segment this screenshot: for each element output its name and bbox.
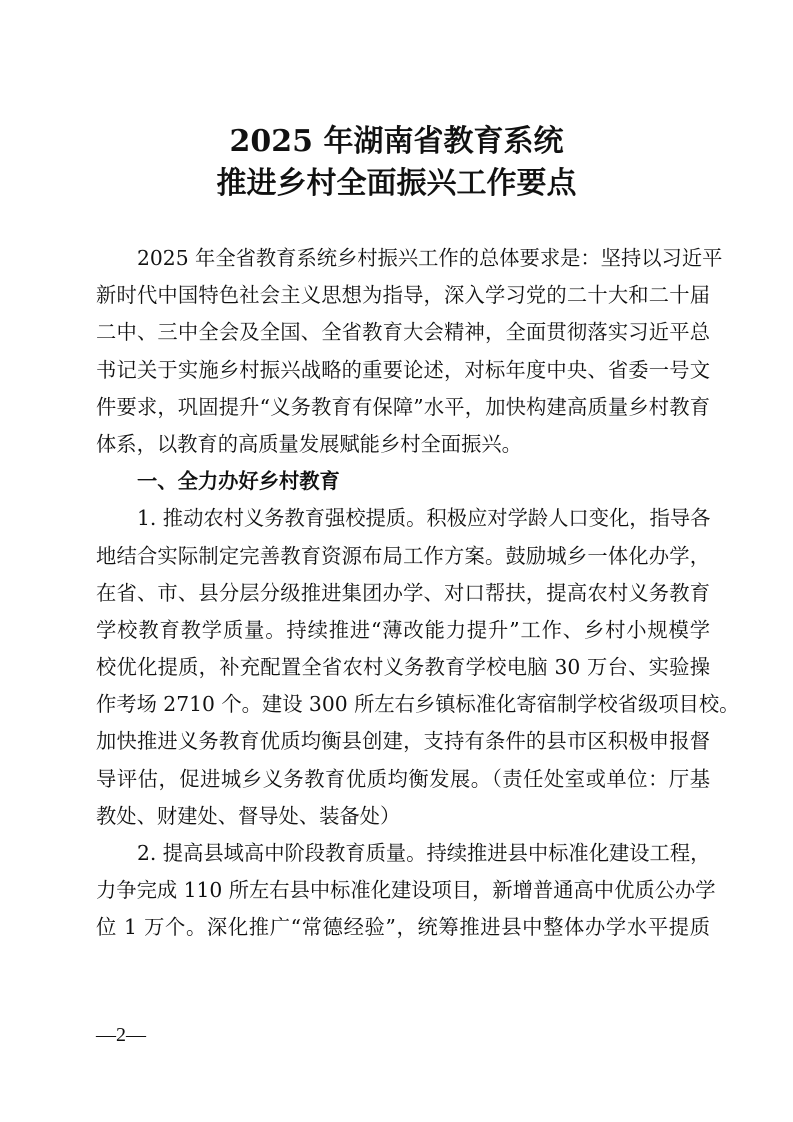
document-title-line-1: 2025 年湖南省教育系统	[0, 116, 793, 160]
intro-line: 2025 年全省教育系统乡村振兴工作的总体要求是：坚持以习近平	[96, 240, 710, 277]
page-number: —2—	[96, 1024, 146, 1047]
intro-line: 二中、三中全会及全国、全省教育大会精神，全面贯彻落实习近平总	[96, 314, 710, 351]
item1-line: 地结合实际制定完善教育资源布局工作方案。鼓励城乡一体化办学，	[96, 538, 710, 575]
document-title-line-2: 推进乡村全面振兴工作要点	[0, 158, 793, 202]
document-body: 2025 年全省教育系统乡村振兴工作的总体要求是：坚持以习近平 新时代中国特色社…	[96, 240, 710, 947]
item2-line: 2. 提高县域高中阶段教育质量。持续推进县中标准化建设工程，	[96, 835, 710, 872]
document-page: 2025 年湖南省教育系统 推进乡村全面振兴工作要点 2025 年全省教育系统乡…	[0, 0, 793, 1122]
intro-line: 件要求，巩固提升“义务教育有保障”水平，加快构建高质量乡村教育	[96, 389, 710, 426]
item1-line: 1. 推动农村义务教育强校提质。积极应对学龄人口变化，指导各	[96, 500, 710, 537]
intro-line: 体系，以教育的高质量发展赋能乡村全面振兴。	[96, 426, 710, 463]
item1-line: 校优化提质，补充配置全省农村义务教育学校电脑 30 万台、实验操	[96, 649, 710, 686]
section-heading: 一、全力办好乡村教育	[96, 463, 710, 500]
item1-line: 在省、市、县分层分级推进集团办学、对口帮扶，提高农村义务教育	[96, 575, 710, 612]
item1-line: 作考场 2710 个。建设 300 所左右乡镇标准化寄宿制学校省级项目校。	[96, 686, 710, 723]
item2-line: 力争完成 110 所左右县中标准化建设项目，新增普通高中优质公办学	[96, 872, 710, 909]
intro-line: 书记关于实施乡村振兴战略的重要论述，对标年度中央、省委一号文	[96, 352, 710, 389]
item1-line: 导评估，促进城乡义务教育优质均衡发展。（责任处室或单位：厅基	[96, 761, 710, 798]
item1-line: 教处、财建处、督导处、装备处）	[96, 798, 710, 835]
item2-line: 位 1 万个。深化推广“常德经验”，统筹推进县中整体办学水平提质	[96, 909, 710, 946]
item1-line: 加快推进义务教育优质均衡县创建，支持有条件的县市区积极申报督	[96, 723, 710, 760]
intro-line: 新时代中国特色社会主义思想为指导，深入学习党的二十大和二十届	[96, 277, 710, 314]
item1-line: 学校教育教学质量。持续推进“薄改能力提升”工作、乡村小规模学	[96, 612, 710, 649]
